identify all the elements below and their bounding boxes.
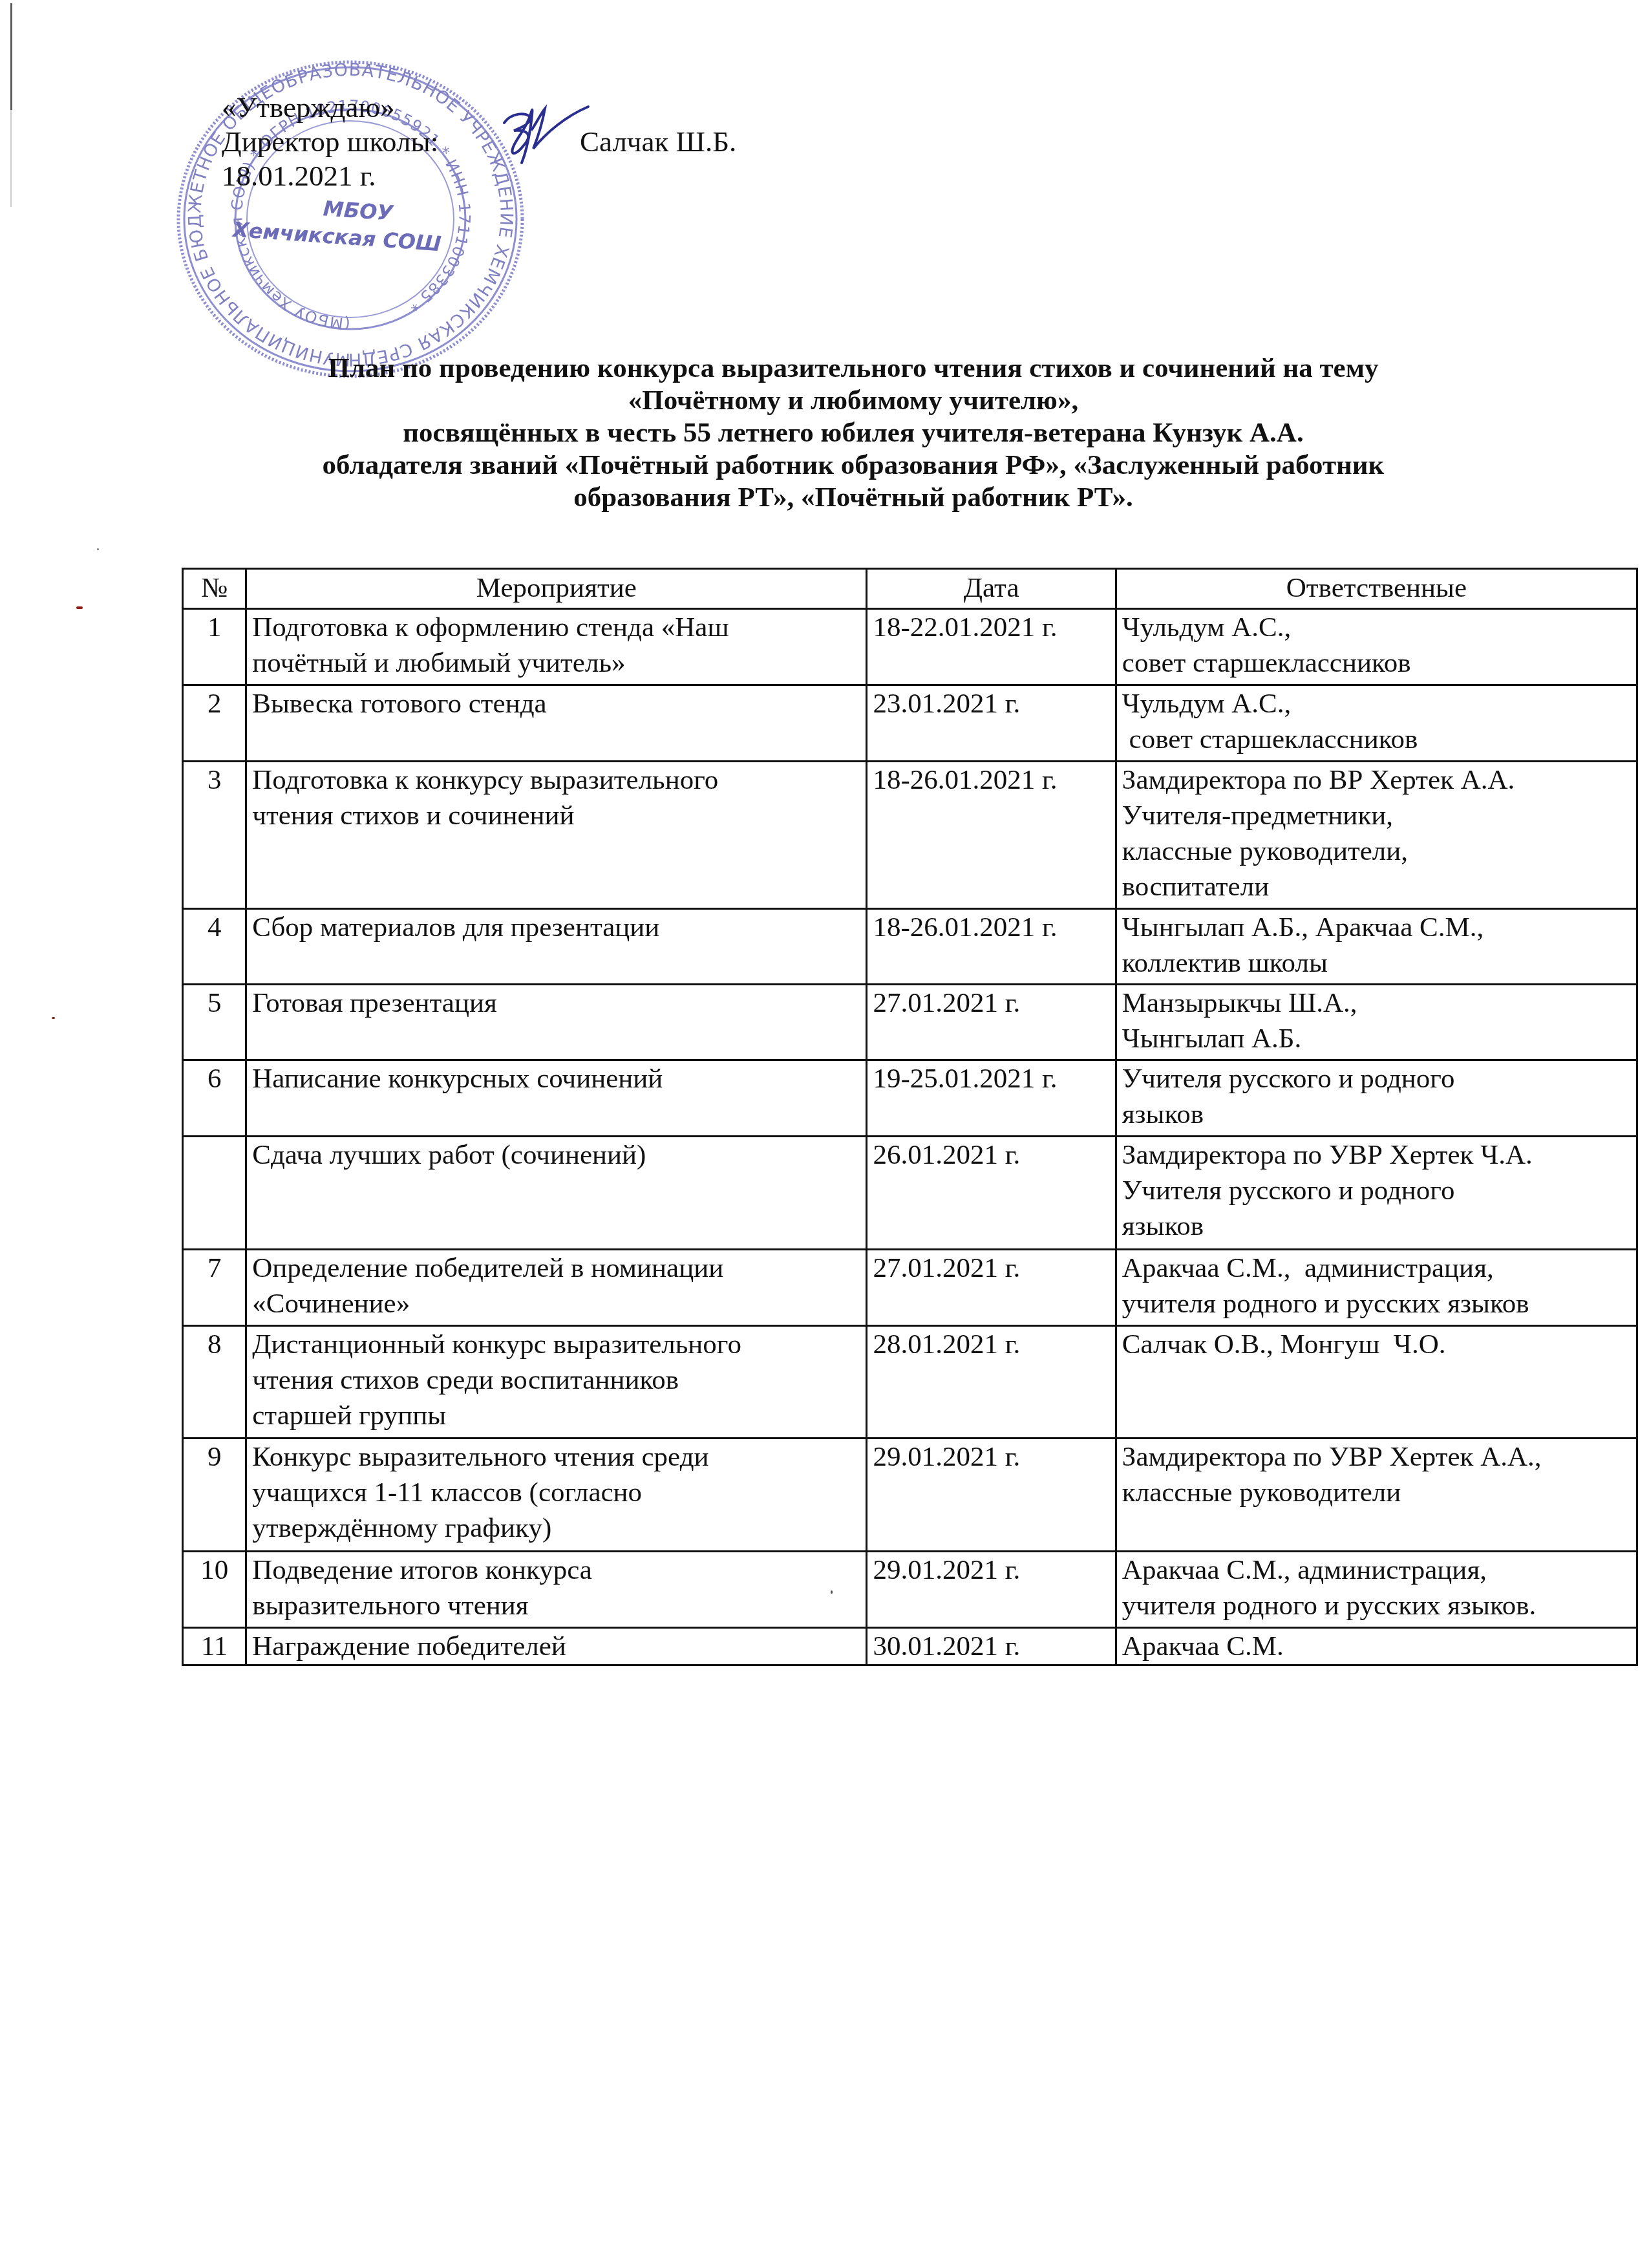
plan-table: № Мероприятие Дата Ответственные 1Подгот…: [182, 568, 1638, 1666]
event-line: почётный и любимый учитель»: [252, 645, 860, 681]
header-number: №: [183, 569, 246, 609]
row-responsible: Аракчаа С.М.: [1116, 1628, 1637, 1665]
table-row: 8Дистанционный конкурс выразительногочте…: [183, 1326, 1637, 1439]
row-number: 8: [183, 1326, 246, 1439]
event-line: Сдача лучших работ (сочинений): [252, 1137, 860, 1173]
row-event: Подведение итогов конкурсавыразительного…: [246, 1552, 867, 1628]
row-number: 1: [183, 609, 246, 685]
responsible-line: Чынгылап А.Б., Аракчаа С.М.,: [1122, 910, 1631, 945]
responsible-line: Замдиректора по ВР Хертек А.А.: [1122, 762, 1631, 798]
row-responsible: Манзырыкчы Ш.А.,Чынгылап А.Б.: [1116, 985, 1637, 1060]
row-number: 4: [183, 909, 246, 985]
event-line: Подготовка к конкурсу выразительного: [252, 762, 860, 798]
responsible-line: языков: [1122, 1097, 1631, 1132]
header-date: Дата: [867, 569, 1116, 609]
row-event: Дистанционный конкурс выразительногочтен…: [246, 1326, 867, 1439]
responsible-line: учителя родного и русских языков.: [1122, 1588, 1631, 1623]
event-line: Вывеска готового стенда: [252, 686, 860, 722]
row-responsible: Замдиректора по УВР Хертек Ч.А.Учителя р…: [1116, 1137, 1637, 1250]
responsible-line: Аракчаа С.М., администрация,: [1122, 1552, 1631, 1588]
row-number: 7: [183, 1250, 246, 1326]
responsible-line: Аракчаа С.М.: [1122, 1629, 1631, 1664]
row-date: 18-26.01.2021 г.: [867, 762, 1116, 909]
row-responsible: Аракчаа С.М., администрация,учителя родн…: [1116, 1552, 1637, 1628]
responsible-line: Учителя русского и родного: [1122, 1173, 1631, 1208]
responsible-line: Учителя русского и родного: [1122, 1061, 1631, 1097]
table-row: 6Написание конкурсных сочинений19-25.01.…: [183, 1060, 1637, 1137]
table-row: Сдача лучших работ (сочинений)26.01.2021…: [183, 1137, 1637, 1250]
plan-table-body: 1Подготовка к оформлению стенда «Нашпочё…: [183, 609, 1637, 1665]
event-line: Подведение итогов конкурса: [252, 1552, 860, 1588]
event-line: Сбор материалов для презентации: [252, 910, 860, 945]
responsible-line: Манзырыкчы Ш.А.,: [1122, 985, 1631, 1021]
row-event: Награждение победителей: [246, 1628, 867, 1665]
row-number: 9: [183, 1439, 246, 1552]
table-row: 10Подведение итогов конкурсавыразительно…: [183, 1552, 1637, 1628]
row-responsible: Чульдум А.С., совет старшеклассников: [1116, 685, 1637, 762]
event-line: Конкурс выразительного чтения среди: [252, 1439, 860, 1475]
table-row: 2Вывеска готового стенда23.01.2021 г.Чул…: [183, 685, 1637, 762]
responsible-line: совет старшеклассников: [1122, 645, 1631, 681]
title-line: «Почётному и любимому учителю»,: [194, 385, 1513, 417]
table-row: 11Награждение победителей30.01.2021 г.Ар…: [183, 1628, 1637, 1665]
header-event: Мероприятие: [246, 569, 867, 609]
title-line: План по проведению конкурса выразительно…: [194, 352, 1513, 385]
responsible-line: учителя родного и русских языков: [1122, 1286, 1631, 1321]
row-number: 2: [183, 685, 246, 762]
responsible-line: Чульдум А.С.,: [1122, 686, 1631, 722]
row-event: Подготовка к оформлению стенда «Нашпочёт…: [246, 609, 867, 685]
row-responsible: Замдиректора по ВР Хертек А.А.Учителя-пр…: [1116, 762, 1637, 909]
scan-edge-mark: [10, 110, 12, 207]
row-date: 26.01.2021 г.: [867, 1137, 1116, 1250]
row-responsible: Учителя русского и родногоязыков: [1116, 1060, 1637, 1137]
event-line: «Сочинение»: [252, 1286, 860, 1321]
scan-edge-mark: [10, 3, 12, 110]
responsible-line: Салчак О.В., Монгуш Ч.О.: [1122, 1327, 1631, 1362]
table-row: 1Подготовка к оформлению стенда «Нашпочё…: [183, 609, 1637, 685]
row-number: 11: [183, 1628, 246, 1665]
scan-speck: [76, 606, 83, 609]
scan-speck: [52, 1017, 55, 1019]
row-number: 5: [183, 985, 246, 1060]
row-event: Сбор материалов для презентации: [246, 909, 867, 985]
responsible-line: классные руководители: [1122, 1475, 1631, 1510]
table-header-row: № Мероприятие Дата Ответственные: [183, 569, 1637, 609]
responsible-line: Замдиректора по УВР Хертек Ч.А.: [1122, 1137, 1631, 1173]
scan-speck: [97, 548, 99, 550]
event-line: Награждение победителей: [252, 1629, 860, 1664]
row-number: [183, 1137, 246, 1250]
document-title: План по проведению конкурса выразительно…: [194, 352, 1513, 514]
row-date: 29.01.2021 г.: [867, 1552, 1116, 1628]
table-row: 7Определение победителей в номинации«Соч…: [183, 1250, 1637, 1326]
responsible-line: воспитатели: [1122, 869, 1631, 904]
row-responsible: Замдиректора по УВР Хертек А.А.,классные…: [1116, 1439, 1637, 1552]
table-row: 5Готовая презентация27.01.2021 г.Манзыры…: [183, 985, 1637, 1060]
row-date: 29.01.2021 г.: [867, 1439, 1116, 1552]
responsible-line: Аракчаа С.М., администрация,: [1122, 1250, 1631, 1286]
event-line: утверждённому графику): [252, 1510, 860, 1546]
header-responsible: Ответственные: [1116, 569, 1637, 609]
row-date: 19-25.01.2021 г.: [867, 1060, 1116, 1137]
table-row: 4Сбор материалов для презентации18-26.01…: [183, 909, 1637, 985]
event-line: выразительного чтения: [252, 1588, 860, 1623]
row-date: 18-26.01.2021 г.: [867, 909, 1116, 985]
row-event: Вывеска готового стенда: [246, 685, 867, 762]
row-responsible: Чульдум А.С.,совет старшеклассников: [1116, 609, 1637, 685]
responsible-line: языков: [1122, 1208, 1631, 1244]
table-row: 9Конкурс выразительного чтения средиучащ…: [183, 1439, 1637, 1552]
row-date: 28.01.2021 г.: [867, 1326, 1116, 1439]
responsible-line: Замдиректора по УВР Хертек А.А.,: [1122, 1439, 1631, 1475]
event-line: Написание конкурсных сочинений: [252, 1061, 860, 1097]
responsible-line: коллектив школы: [1122, 945, 1631, 981]
director-name: Салчак Ш.Б.: [580, 125, 736, 158]
director-position: Директор школы:: [222, 125, 438, 159]
row-number: 10: [183, 1552, 246, 1628]
row-responsible: Чынгылап А.Б., Аракчаа С.М.,коллектив шк…: [1116, 909, 1637, 985]
responsible-line: совет старшеклассников: [1122, 722, 1631, 757]
row-date: 30.01.2021 г.: [867, 1628, 1116, 1665]
event-line: Подготовка к оформлению стенда «Наш: [252, 610, 860, 645]
event-line: чтения стихов и сочинений: [252, 798, 860, 833]
responsible-line: классные руководители,: [1122, 833, 1631, 869]
row-date: 23.01.2021 г.: [867, 685, 1116, 762]
row-event: Написание конкурсных сочинений: [246, 1060, 867, 1137]
responsible-line: Учителя-предметники,: [1122, 798, 1631, 833]
title-line: образования РТ», «Почётный работник РТ».: [194, 482, 1513, 514]
approval-block: «Утверждаю» Директор школы: 18.01.2021 г…: [222, 91, 438, 193]
row-responsible: Салчак О.В., Монгуш Ч.О.: [1116, 1326, 1637, 1439]
responsible-line: Чынгылап А.Б.: [1122, 1021, 1631, 1056]
table-row: 3Подготовка к конкурсу выразительногочте…: [183, 762, 1637, 909]
responsible-line: Чульдум А.С.,: [1122, 610, 1631, 645]
event-line: старшей группы: [252, 1398, 860, 1433]
signature-icon: [495, 103, 591, 168]
row-event: Определение победителей в номинации«Сочи…: [246, 1250, 867, 1326]
row-event: Конкурс выразительного чтения средиучащи…: [246, 1439, 867, 1552]
row-event: Сдача лучших работ (сочинений): [246, 1137, 867, 1250]
event-line: учащихся 1-11 классов (согласно: [252, 1475, 860, 1510]
row-number: 3: [183, 762, 246, 909]
row-responsible: Аракчаа С.М., администрация,учителя родн…: [1116, 1250, 1637, 1326]
approve-label: «Утверждаю»: [222, 91, 438, 125]
row-event: Подготовка к конкурсу выразительногочтен…: [246, 762, 867, 909]
event-line: чтения стихов среди воспитанников: [252, 1362, 860, 1398]
event-line: Готовая презентация: [252, 985, 860, 1021]
event-line: Дистанционный конкурс выразительного: [252, 1327, 860, 1362]
row-date: 18-22.01.2021 г.: [867, 609, 1116, 685]
row-date: 27.01.2021 г.: [867, 1250, 1116, 1326]
row-number: 6: [183, 1060, 246, 1137]
row-event: Готовая презентация: [246, 985, 867, 1060]
title-line: посвящённых в честь 55 летнего юбилея уч…: [194, 417, 1513, 449]
event-line: Определение победителей в номинации: [252, 1250, 860, 1286]
row-date: 27.01.2021 г.: [867, 985, 1116, 1060]
approval-date: 18.01.2021 г.: [222, 159, 438, 193]
title-line: обладателя званий «Почётный работник обр…: [194, 449, 1513, 482]
